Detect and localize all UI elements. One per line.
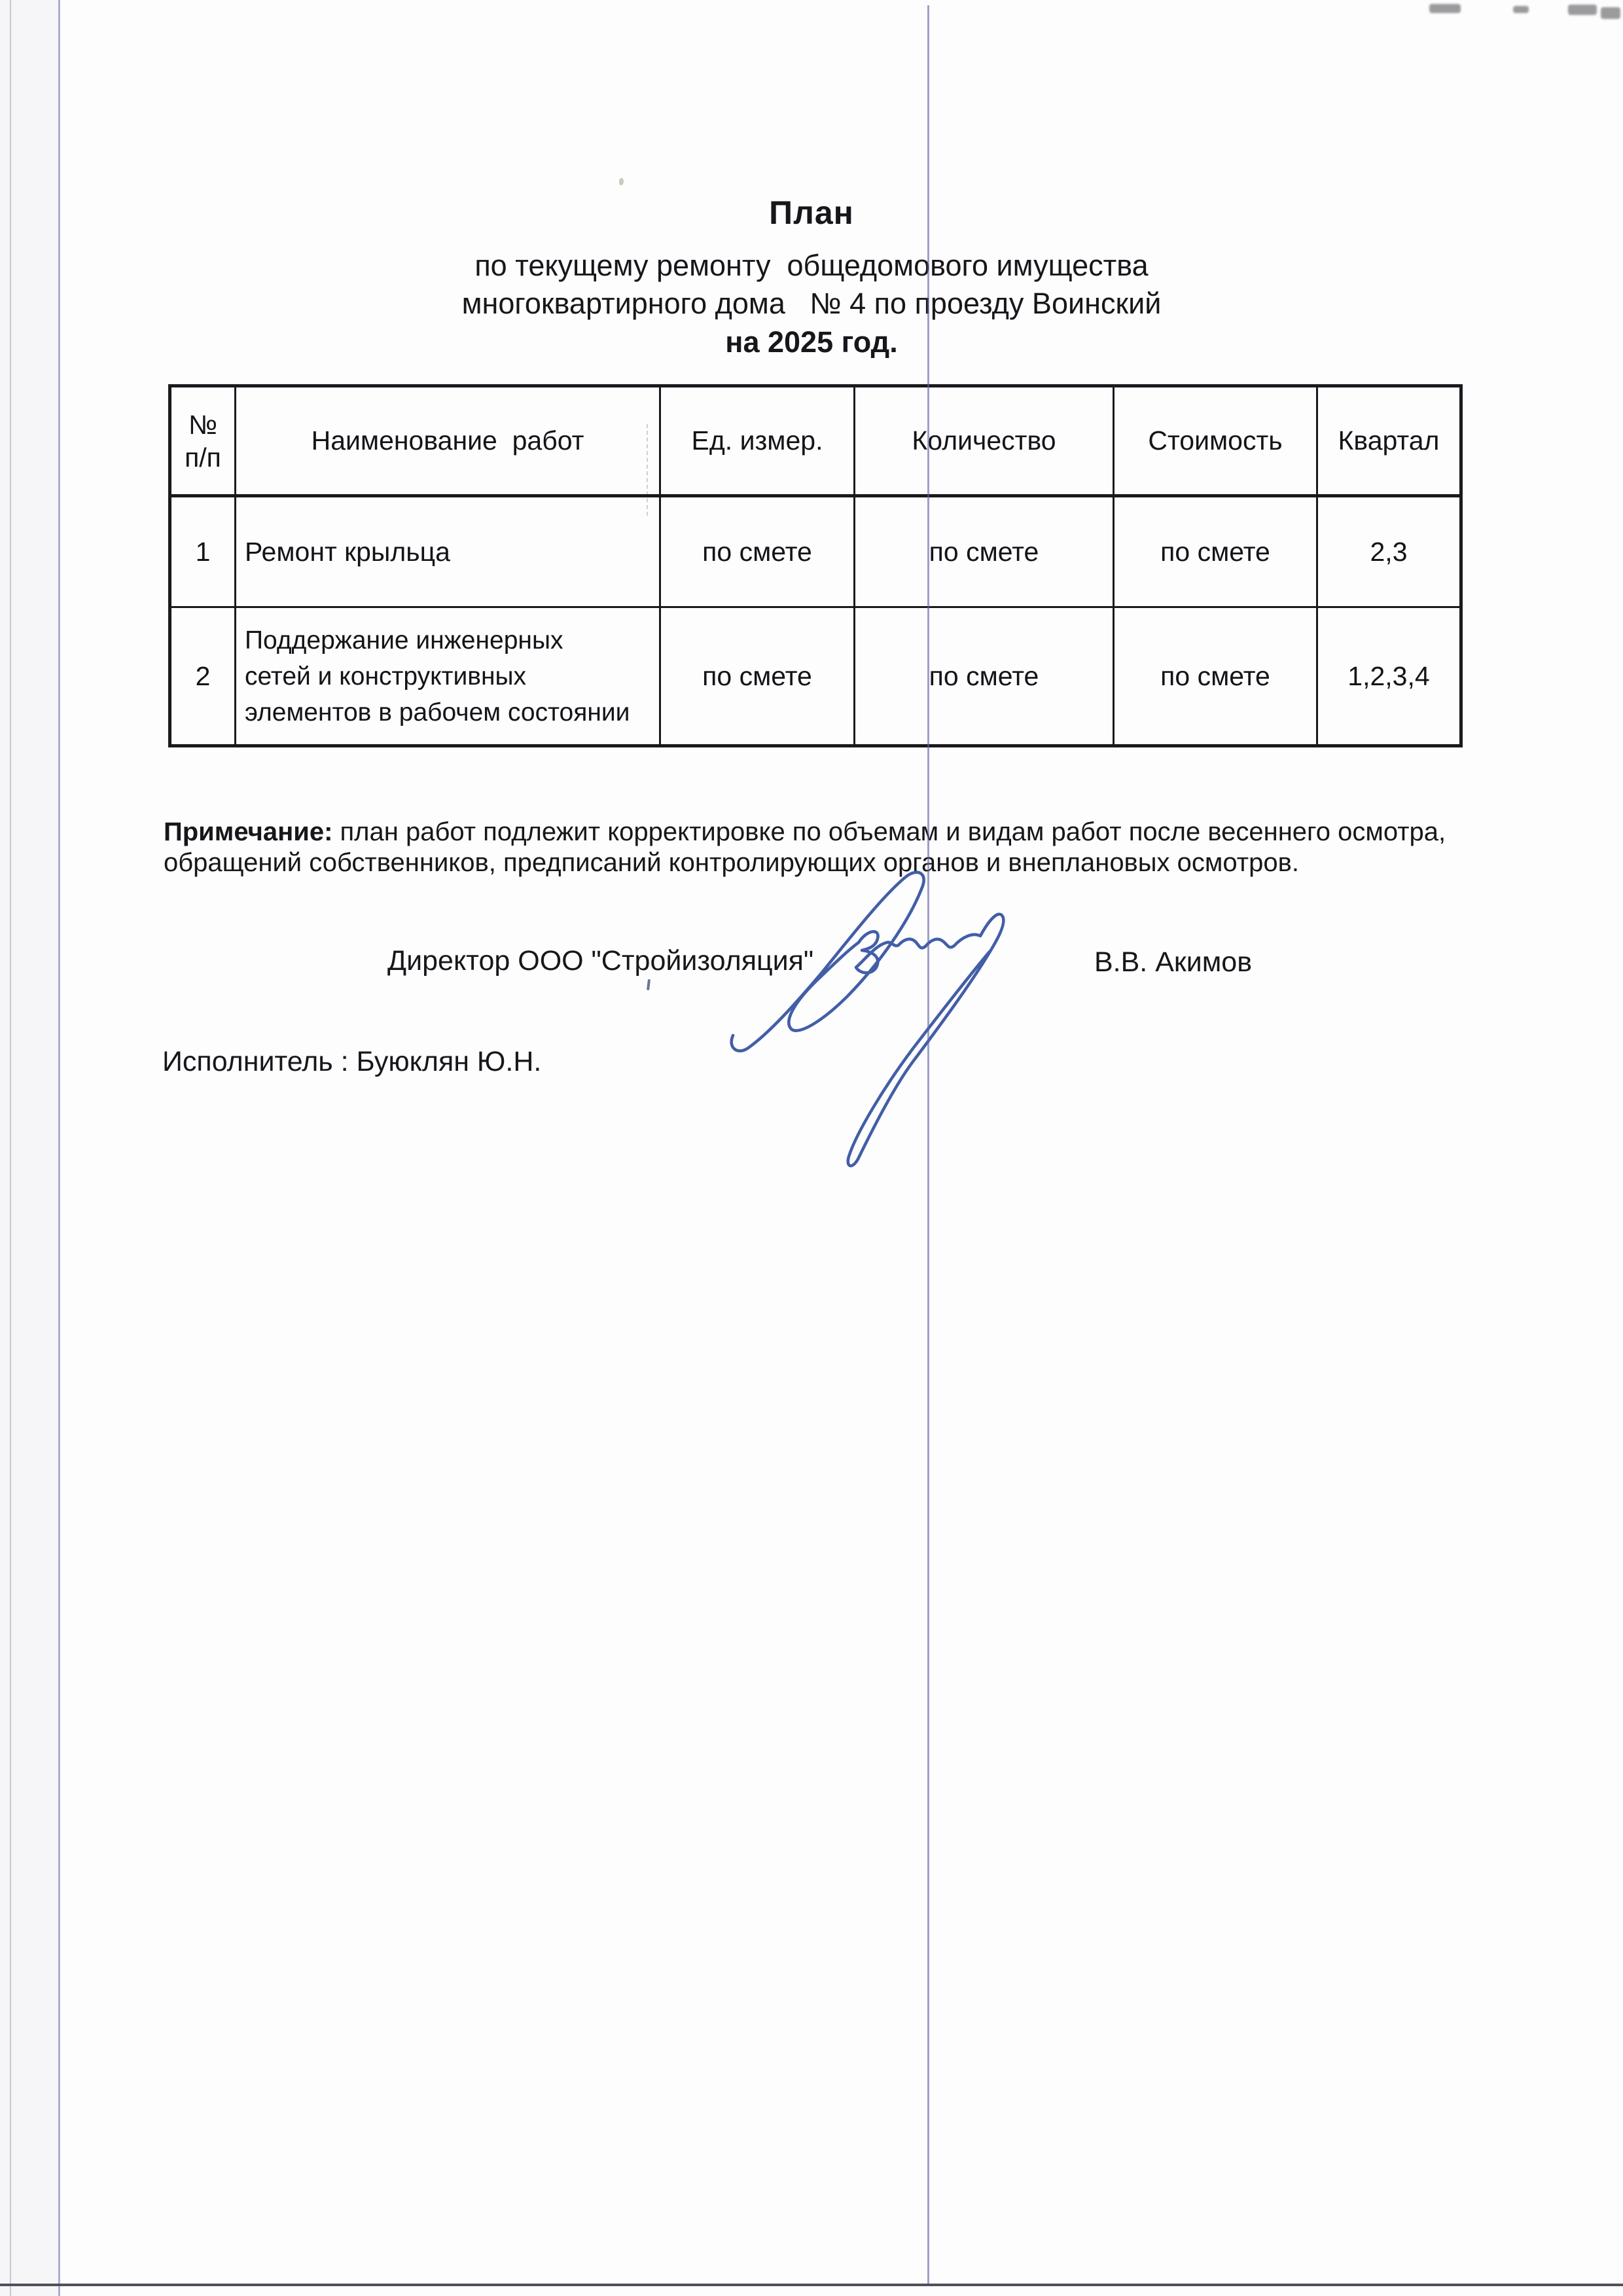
document-title: План [59, 194, 1564, 232]
row-num: 2 [170, 607, 236, 746]
document-year-line: на 2025 год. [59, 325, 1564, 359]
table-row: 1 Ремонт крыльца по смете по смете по см… [170, 496, 1461, 607]
signature-stroke [732, 872, 1004, 1166]
scan-left-margin [0, 0, 59, 2296]
header-unit: Ед. измер. [660, 386, 855, 496]
row-quantity: по смете [855, 496, 1114, 607]
table-row: 2 Поддержание инженерных сетей и констру… [170, 607, 1461, 746]
scan-smudge [1601, 7, 1620, 19]
pen-mark [647, 979, 651, 990]
scan-smudge [1568, 5, 1597, 15]
row-cost: по смете [1114, 607, 1317, 746]
row-unit: по смете [660, 607, 855, 746]
header-cost: Стоимость [1114, 386, 1317, 496]
row-quarter: 1,2,3,4 [1317, 607, 1461, 746]
row-work-name: Ремонт крыльца [236, 496, 660, 607]
row-quarter: 2,3 [1317, 496, 1461, 607]
document-subtitle-line2: многоквартирного дома № 4 по проезду Вои… [59, 287, 1564, 321]
scan-bottom-edge-line [0, 2284, 1623, 2286]
header-num: № п/п [170, 386, 236, 496]
row-quantity: по смете [855, 607, 1114, 746]
director-signature [681, 839, 1027, 1186]
table-header-row: № п/п Наименование работ Ед. измер. Коли… [170, 386, 1461, 496]
header-work-name: Наименование работ [236, 386, 660, 496]
document-subtitle-line1: по текущему ремонту общедомового имущест… [59, 249, 1564, 283]
header-quantity: Количество [855, 386, 1114, 496]
work-plan-table: № п/п Наименование работ Ед. измер. Коли… [168, 384, 1463, 747]
scan-smudge [1429, 4, 1461, 13]
note-label: Примечание: [164, 817, 332, 846]
row-cost: по смете [1114, 496, 1317, 607]
page-fold-line [927, 5, 929, 2284]
row-work-name: Поддержание инженерных сетей и конструкт… [236, 607, 660, 746]
scan-edge-line-gray [10, 0, 11, 2296]
header-quarter: Квартал [1317, 386, 1461, 496]
row-unit: по смете [660, 496, 855, 607]
scan-speck [619, 178, 624, 185]
scan-smudge [1513, 6, 1529, 13]
director-name: В.В. Акимов [1094, 946, 1252, 978]
scanned-document-page: { "document": { "title": { "line1": "Пла… [0, 0, 1623, 2296]
executor-line: Исполнитель : Буюклян Ю.Н. [162, 1046, 541, 1078]
row-num: 1 [170, 496, 236, 607]
